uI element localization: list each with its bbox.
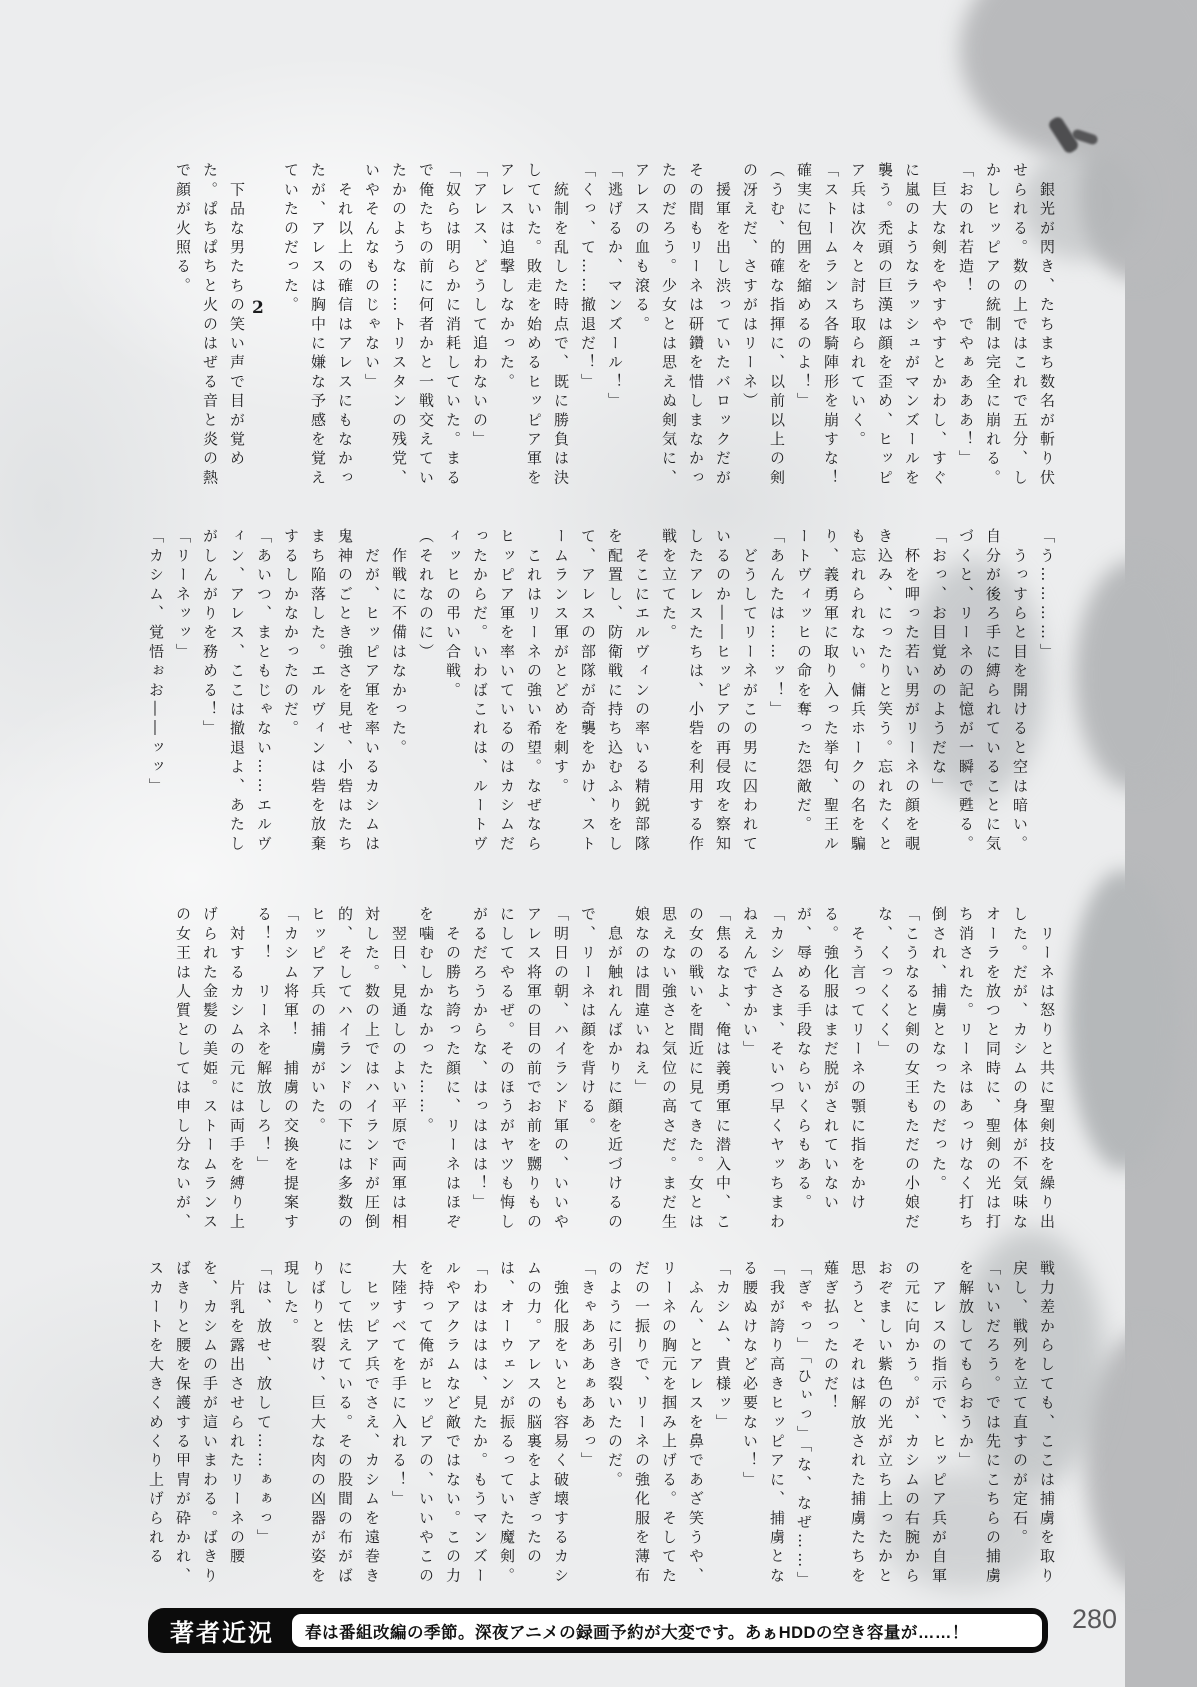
page-edge-shadow (1125, 0, 1197, 1687)
author-note-bar: 著者近況 春は番組改編の季節。深夜アニメの録画予約が大変です。あぁHDDの空き容… (148, 1608, 1048, 1653)
page-number: 280 (1072, 1604, 1117, 1635)
vertical-text-band-2: 「う…………」 うっすらと目を開けると空は暗い。自分が後ろ手に縛られていることに… (142, 528, 1060, 860)
author-note-panel: 春は番組改編の季節。深夜アニメの録画予約が大変です。あぁHDDの空き容量が……！ (292, 1614, 1042, 1647)
section-number: 2 (252, 298, 264, 318)
vertical-text-band-4: 戦力差からしても、ここは捕虜を取り戻し、戦列を立て直すのが定石。 「いいだろう。… (142, 1260, 1060, 1592)
novel-page: 銀光が閃き、たちまち数名が斬り伏せられる。数の上ではこれで五分、しかしヒッピアの… (0, 0, 1197, 1687)
author-note-text: 春は番組改編の季節。深夜アニメの録画予約が大変です。あぁHDDの空き容量が……！ (305, 1619, 969, 1643)
vertical-text-band-1: 銀光が閃き、たちまち数名が斬り伏せられる。数の上ではこれで五分、しかしヒッピアの… (142, 162, 1060, 494)
vertical-text-band-3: リーネは怒りと共に聖剣技を繰り出した。だが、カシムの身体が不気味なオーラを放つと… (142, 906, 1060, 1238)
author-note-label: 著者近況 (148, 1613, 292, 1648)
